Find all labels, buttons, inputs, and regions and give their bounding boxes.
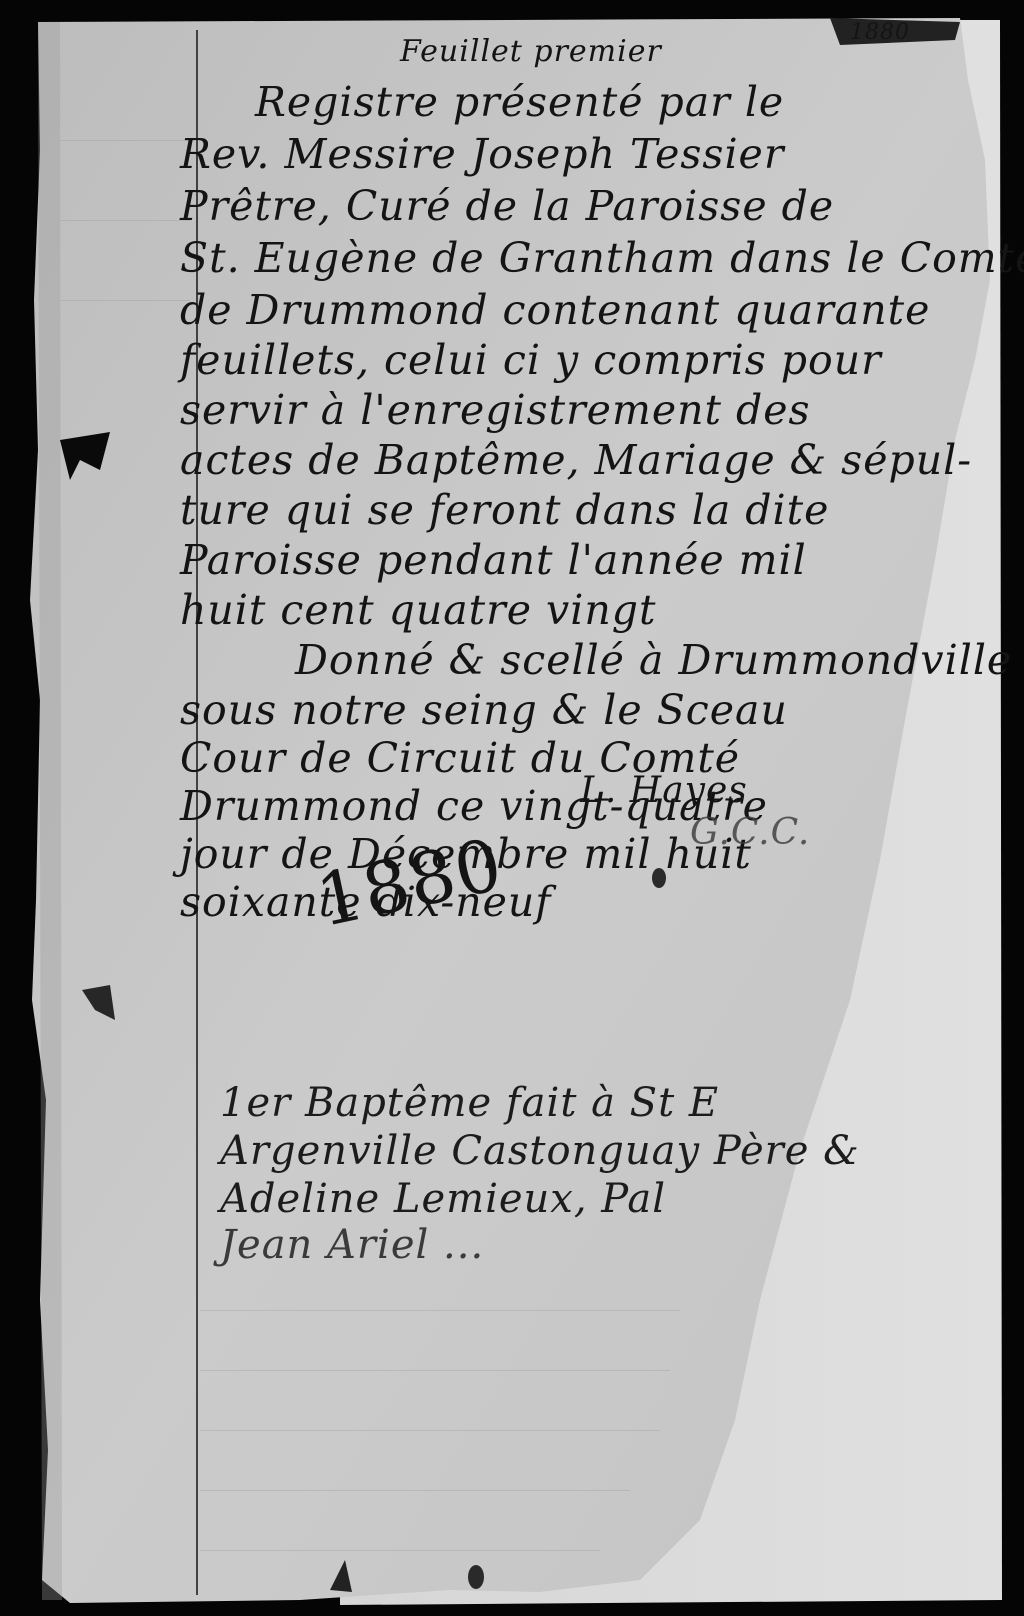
title-line-10: Paroisse pendant l'année mil — [180, 536, 807, 584]
attestation-line-1: Donné & scellé à Drummondville — [295, 636, 1012, 684]
signature: L. Hayes — [580, 770, 748, 811]
corner-note: 1880 — [850, 20, 910, 45]
baptism-line-4: Jean Ariel ... — [220, 1222, 484, 1268]
title-line-3: Prêtre, Curé de la Paroisse de — [180, 182, 834, 230]
ink-spot — [468, 1565, 484, 1589]
baptism-line-1: 1er Baptême fait à St E — [220, 1080, 719, 1126]
title-line-2: Rev. Messire Joseph Tessier — [180, 130, 784, 178]
title-line-7: servir à l'enregistrement des — [180, 386, 811, 434]
baptism-line-2: Argenville Castonguay Père & — [220, 1128, 860, 1174]
scanned-document: Feuillet premier 1880 Registre présenté … — [0, 0, 1024, 1616]
signature-title: G.C.C. — [690, 812, 810, 853]
title-line-8: actes de Baptême, Mariage & sépul- — [180, 436, 972, 484]
attestation-line-2: sous notre seing & le Sceau — [180, 686, 788, 734]
header-note: Feuillet premier — [400, 34, 662, 69]
register-page: Feuillet premier 1880 Registre présenté … — [0, 0, 1024, 1616]
title-line-11: huit cent quatre vingt — [180, 586, 656, 634]
title-line-6: feuillets, celui ci y compris pour — [180, 336, 882, 384]
title-line-5: de Drummond contenant quarante — [180, 286, 930, 334]
title-line-4: St. Eugène de Grantham dans le Comté — [180, 234, 1024, 282]
baptism-line-3: Adeline Lemieux, Pal — [220, 1176, 666, 1222]
title-line-9: ture qui se feront dans la dite — [180, 486, 829, 534]
title-line-1: Registre présenté par le — [255, 78, 784, 126]
